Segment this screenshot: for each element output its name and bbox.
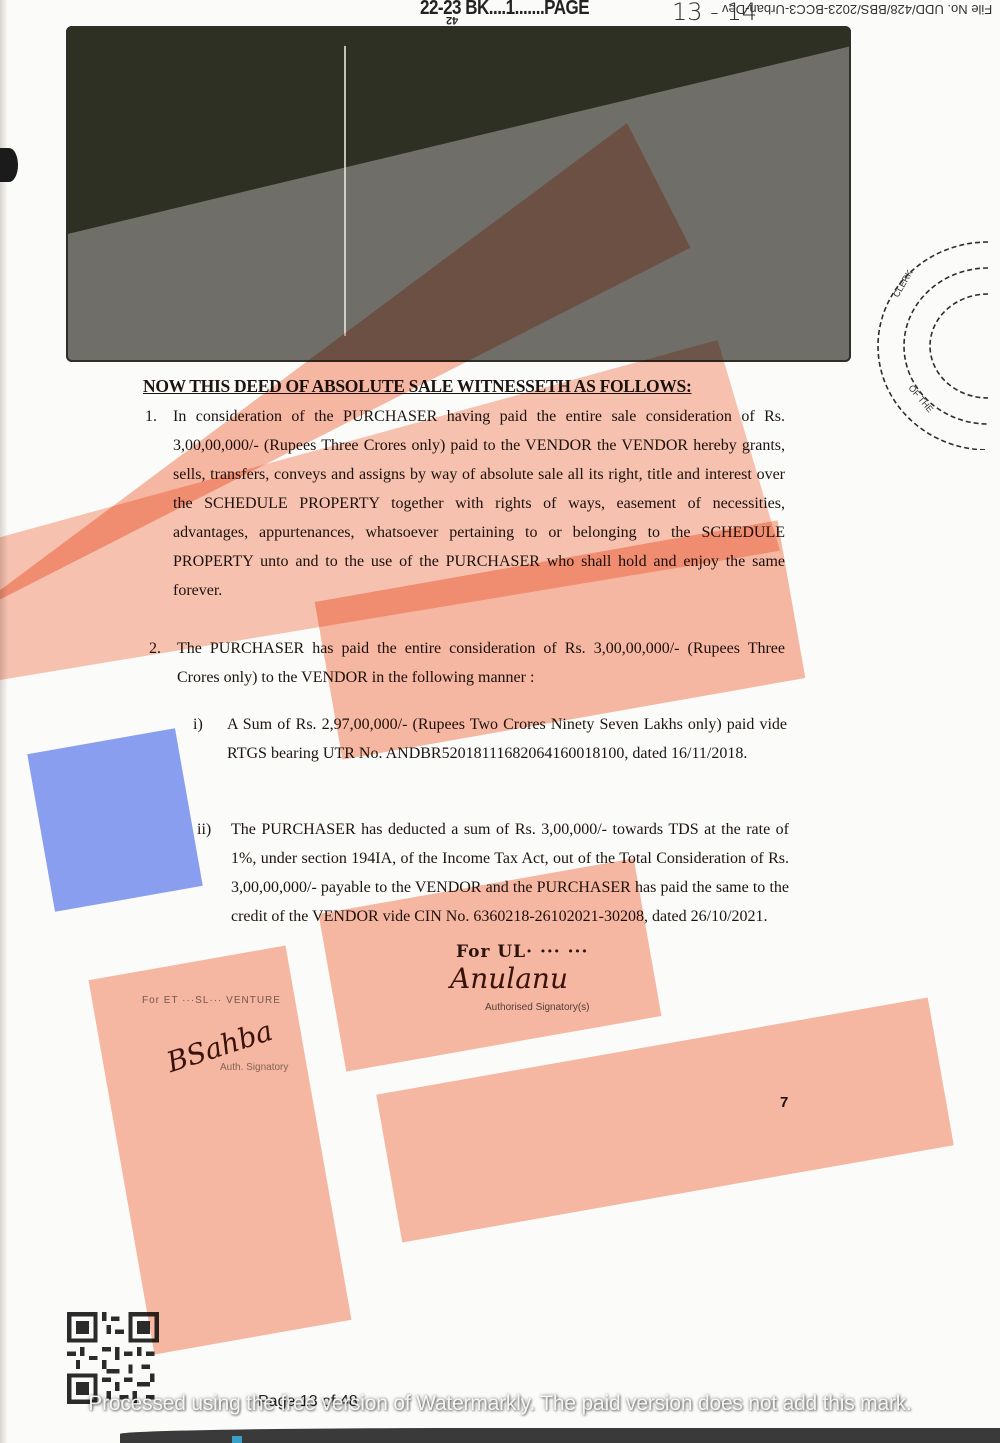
svg-text:OF THE: OF THE (906, 383, 935, 415)
redaction-fold-line (344, 46, 346, 336)
binder-hole-mark (0, 148, 18, 182)
overlay-shape (27, 728, 203, 912)
book-number: 42 (446, 14, 458, 26)
sub-item-text: A Sum of Rs. 2,97,00,000/- (Rupees Two C… (227, 716, 787, 762)
svg-text:CLERK: CLERK (891, 268, 915, 299)
sub-item-number: i) (193, 710, 203, 739)
purchaser-signature: Anulanu (450, 962, 568, 995)
document-page-number: 7 (780, 1094, 788, 1111)
deed-heading: NOW THIS DEED OF ABSOLUTE SALE WITNESSET… (143, 376, 692, 397)
scan-background-edge (120, 1428, 1000, 1443)
redacted-block-icon (66, 26, 851, 362)
clause-text: The PURCHASER has paid the entire consid… (177, 640, 785, 686)
clause-2-item-i: i) A Sum of Rs. 2,97,00,000/- (Rupees Tw… (227, 710, 787, 768)
vendor-sign-caption: Auth. Signatory (220, 1062, 288, 1073)
vendor-sign-title: For ET ···SL··· VENTURE (142, 995, 281, 1006)
clause-1: 1. In consideration of the PURCHASER hav… (173, 402, 785, 605)
document-page: 22-23 BK....1.......PAGE 42 13 - 14 File… (0, 0, 1000, 1443)
clause-number: 1. (145, 402, 157, 431)
overlay-shape (376, 998, 954, 1243)
overlay-shape (89, 946, 352, 1355)
purchaser-sign-caption: Authorised Signatory(s) (485, 1002, 590, 1013)
page-header: 22-23 BK....1.......PAGE 42 13 - 14 File… (0, 0, 1000, 22)
qr-code-icon (66, 1312, 160, 1404)
purchaser-sign-title: For UL· ··· ··· (456, 942, 588, 962)
scan-artifact (232, 1436, 242, 1443)
sub-item-text: The PURCHASER has deducted a sum of Rs. … (231, 821, 789, 925)
official-seal-icon: OF THE CLERK (838, 238, 988, 450)
clause-2-item-ii: ii) The PURCHASER has deducted a sum of … (231, 815, 789, 931)
clause-number: 2. (149, 634, 161, 663)
clause-2: 2. The PURCHASER has paid the entire con… (177, 634, 785, 692)
page-edge-shadow (0, 0, 8, 1443)
redaction-dark-part (66, 26, 851, 362)
watermark-text: Processed using the free version of Wate… (0, 1392, 1000, 1416)
clause-text: In consideration of the PURCHASER having… (173, 408, 785, 599)
file-number: File No. UDD/428/BBS/2023-BCC3-Urban-Dev (722, 2, 992, 17)
sub-item-number: ii) (197, 815, 211, 844)
